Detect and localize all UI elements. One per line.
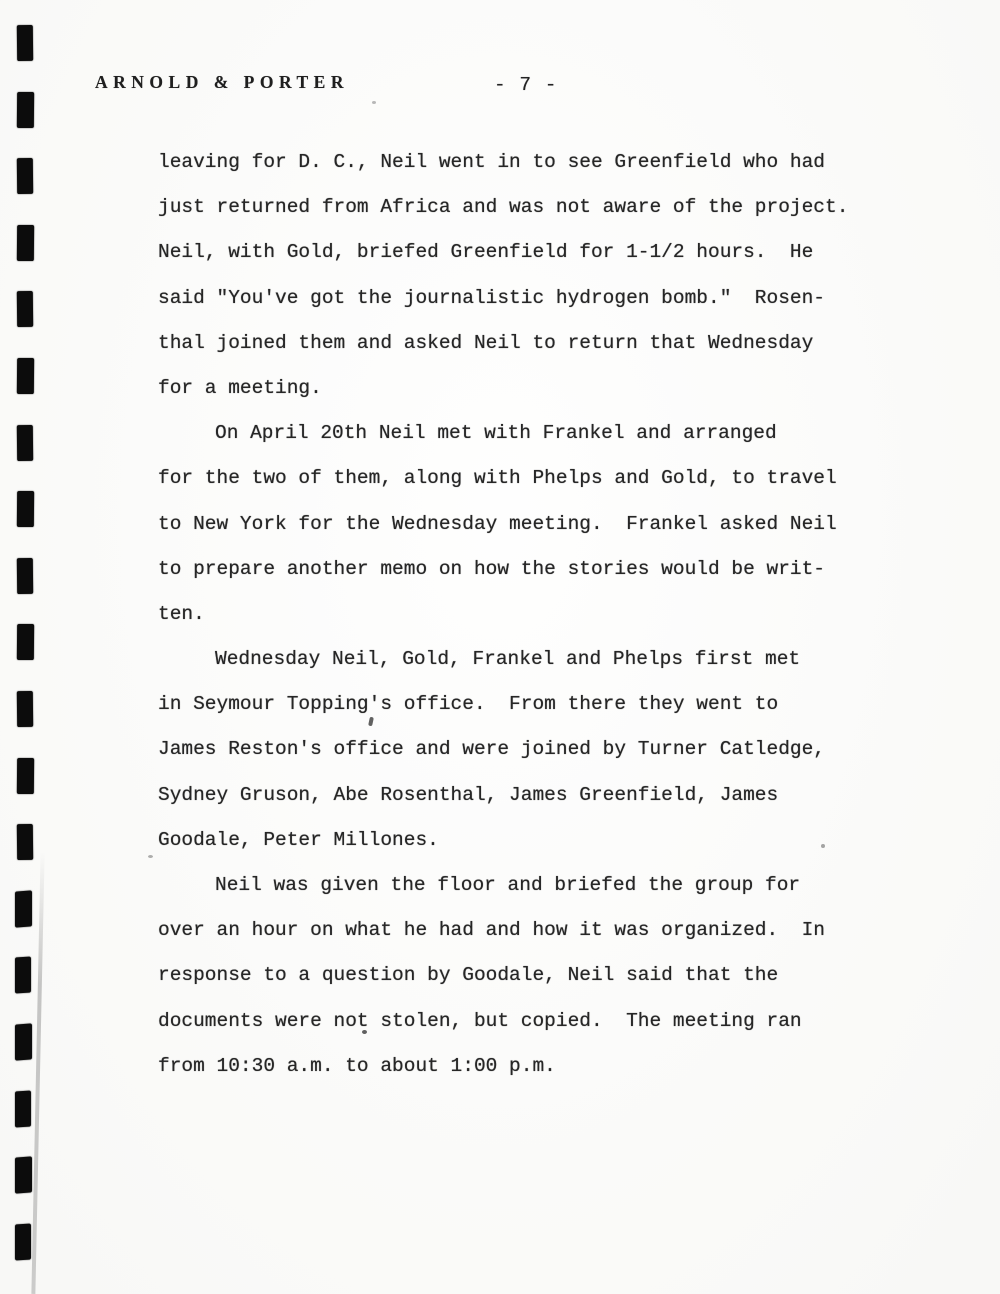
text-line: Neil, with Gold, briefed Greenfield for … — [158, 230, 918, 275]
binding-mark — [17, 25, 33, 61]
scan-artifact — [372, 101, 376, 104]
binding-strip — [0, 0, 60, 1294]
text-line: said "You've got the journalistic hydrog… — [158, 276, 918, 321]
scan-artifact — [821, 844, 825, 848]
text-line: in Seymour Topping's office. From there … — [158, 682, 918, 727]
binding-mark — [17, 92, 34, 128]
text-line: Neil was given the floor and briefed the… — [158, 863, 918, 908]
text-line: On April 20th Neil met with Frankel and … — [158, 411, 918, 456]
page-number: - 7 - — [494, 74, 558, 96]
text-line: over an hour on what he had and how it w… — [158, 908, 918, 953]
text-line: James Reston's office and were joined by… — [158, 727, 918, 772]
binding-mark — [17, 691, 33, 727]
binding-mark — [17, 291, 33, 327]
binding-mark — [15, 890, 32, 927]
binding-mark — [17, 758, 34, 794]
binding-mark — [17, 491, 34, 527]
document-body: leaving for D. C., Neil went in to see G… — [158, 140, 918, 1089]
binding-mark — [17, 158, 33, 194]
text-line: to prepare another memo on how the stori… — [158, 547, 918, 592]
text-line: Wednesday Neil, Gold, Frankel and Phelps… — [158, 637, 918, 682]
paragraph: leaving for D. C., Neil went in to see G… — [158, 140, 918, 411]
binding-mark — [15, 1090, 31, 1127]
binding-mark — [17, 425, 33, 461]
text-line: from 10:30 a.m. to about 1:00 p.m. — [158, 1044, 918, 1089]
paragraph: Wednesday Neil, Gold, Frankel and Phelps… — [158, 637, 918, 863]
scan-artifact — [362, 1030, 367, 1034]
binding-mark — [15, 957, 31, 994]
text-line: thal joined them and asked Neil to retur… — [158, 321, 918, 366]
scan-artifact — [148, 855, 153, 858]
binding-mark — [17, 558, 33, 594]
text-line: ten. — [158, 592, 918, 637]
binding-mark — [17, 358, 34, 394]
text-line: leaving for D. C., Neil went in to see G… — [158, 140, 918, 185]
paragraph: Neil was given the floor and briefed the… — [158, 863, 918, 1089]
binding-mark — [17, 824, 33, 860]
binding-mark — [17, 624, 34, 660]
binding-mark — [17, 225, 34, 261]
text-line: Goodale, Peter Millones. — [158, 818, 918, 863]
paragraph: On April 20th Neil met with Frankel and … — [158, 411, 918, 637]
text-line: for the two of them, along with Phelps a… — [158, 456, 918, 501]
text-line: just returned from Africa and was not aw… — [158, 185, 918, 230]
scanned-document-page: ARNOLD & PORTER - 7 - leaving for D. C.,… — [0, 0, 1000, 1294]
binding-mark — [15, 1023, 32, 1060]
letterhead: ARNOLD & PORTER — [95, 72, 349, 93]
text-line: documents were not stolen, but copied. T… — [158, 999, 918, 1044]
text-line: response to a question by Goodale, Neil … — [158, 953, 918, 998]
binding-mark — [15, 1223, 31, 1260]
text-line: to New York for the Wednesday meeting. F… — [158, 502, 918, 547]
text-line: Sydney Gruson, Abe Rosenthal, James Gree… — [158, 773, 918, 818]
text-line: for a meeting. — [158, 366, 918, 411]
binding-mark — [15, 1157, 32, 1194]
